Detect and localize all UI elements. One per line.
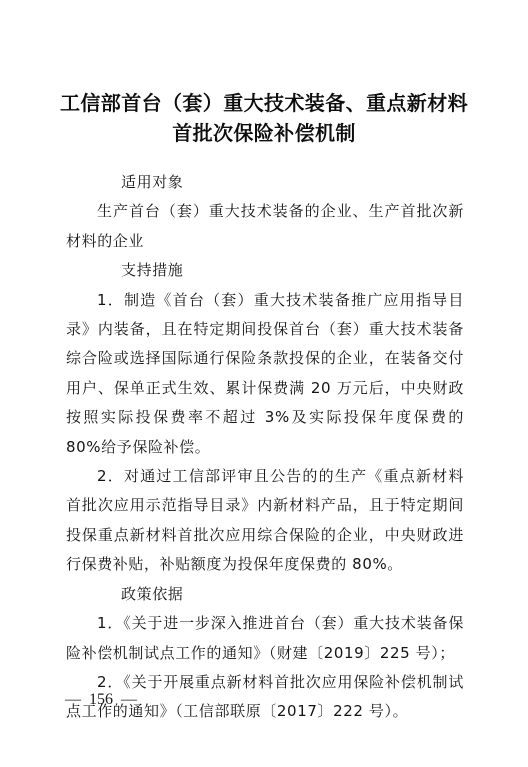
section-heading-applicable-targets: 适用对象: [66, 168, 464, 197]
title-line-1: 工信部首台（套）重大技术装备、重点新材料: [60, 88, 468, 118]
title-line-2: 首批次保险补偿机制: [60, 118, 468, 148]
paragraph-support-measure-2: 2．对通过工信部评审且公告的的生产《重点新材料首批次应用示范指导目录》内新材料产…: [66, 462, 464, 580]
paragraph-policy-basis-1: 1．《关于进一步深入推进首台（套）重大技术装备保险补偿机制试点工作的通知》（财建…: [66, 609, 464, 668]
section-heading-policy-basis: 政策依据: [66, 580, 464, 609]
document-title: 工信部首台（套）重大技术装备、重点新材料 首批次保险补偿机制: [60, 88, 468, 148]
document-page: 工信部首台（套）重大技术装备、重点新材料 首批次保险补偿机制 适用对象 生产首台…: [0, 0, 528, 767]
page-number: — 156 —: [65, 688, 137, 712]
section-heading-support-measures: 支持措施: [66, 256, 464, 285]
paragraph-support-measure-1: 1．制造《首台（套）重大技术装备推广应用指导目录》内装备，且在特定期间投保首台（…: [66, 286, 464, 462]
paragraph-applicable-targets: 生产首台（套）重大技术装备的企业、生产首批次新材料的企业: [66, 197, 464, 256]
document-body: 适用对象 生产首台（套）重大技术装备的企业、生产首批次新材料的企业 支持措施 1…: [66, 168, 464, 727]
